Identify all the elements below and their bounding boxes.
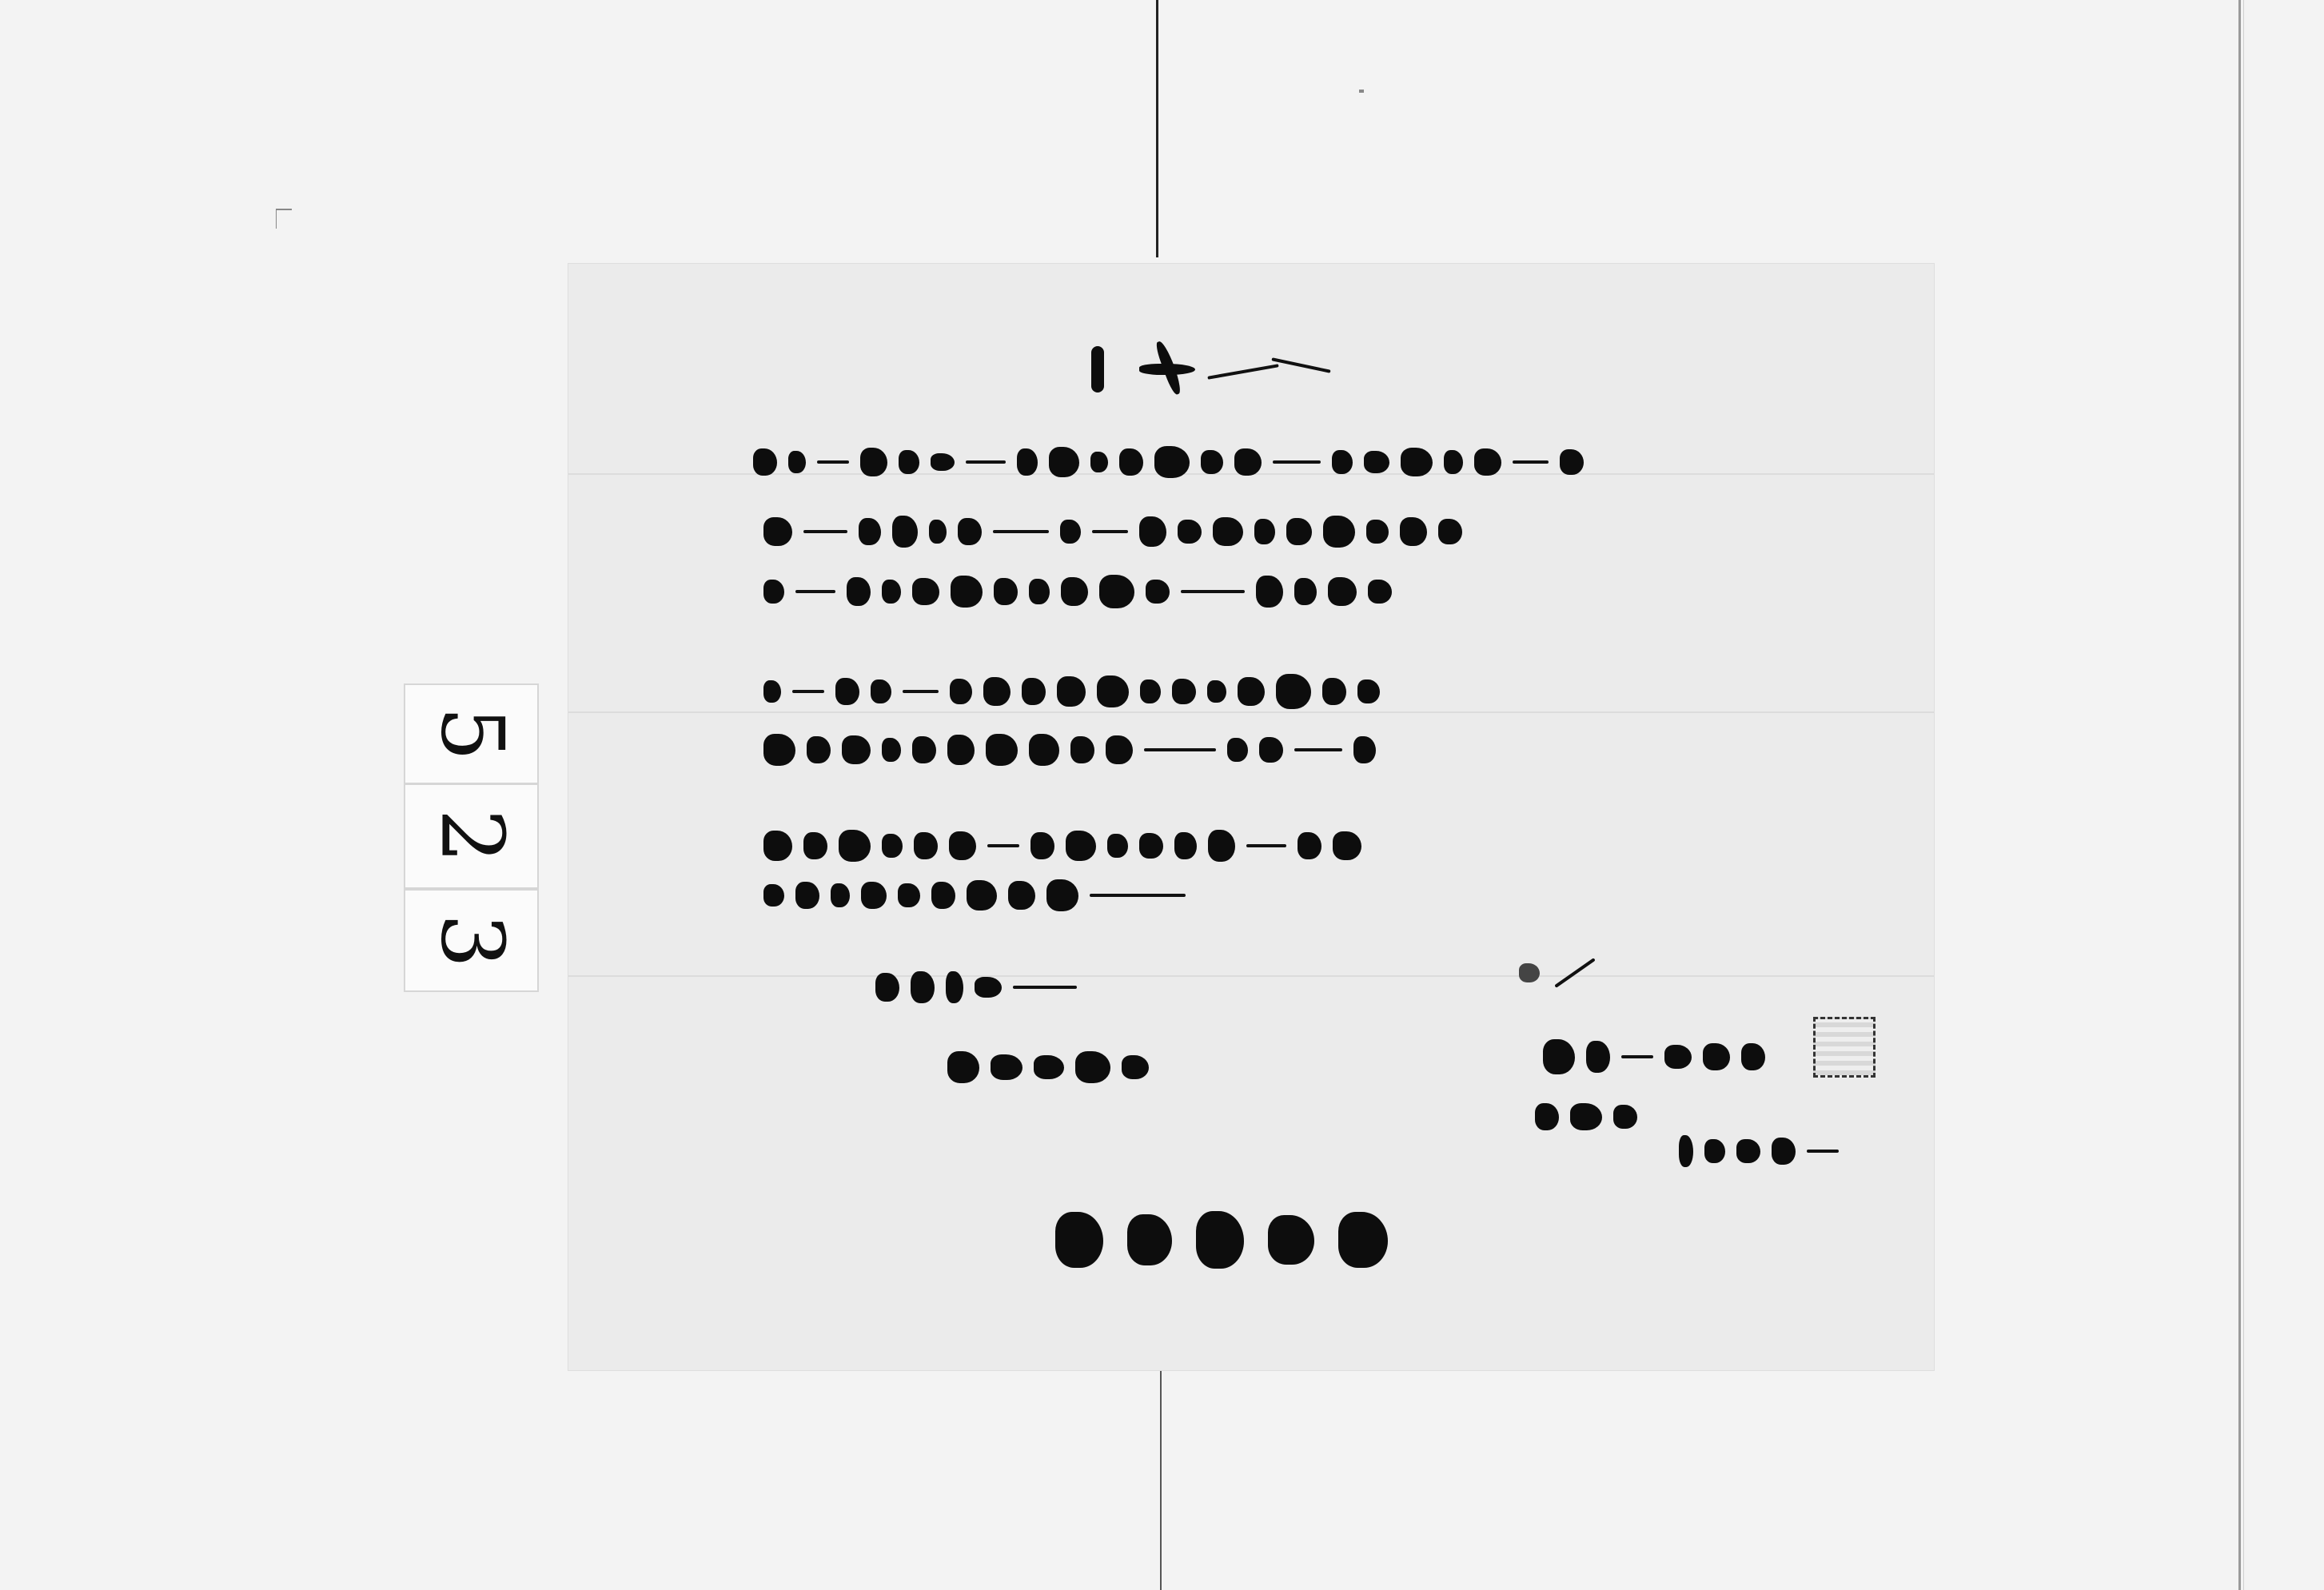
stray-mark (1359, 90, 1364, 93)
body-line-3 (763, 572, 1891, 612)
stray-mark (276, 209, 292, 210)
page-number-digit-5: 5 (404, 683, 539, 784)
seal-stamp (1813, 1017, 1876, 1078)
page-divider-bottom (1160, 1369, 1162, 1590)
body-line-2 (763, 512, 1883, 552)
digit: 3 (429, 913, 515, 968)
signatory-line-2 (1543, 1039, 1765, 1074)
body-line-6 (763, 823, 1871, 867)
signatory-line-3 (1535, 1103, 1637, 1130)
stray-mark (276, 209, 277, 229)
date-line-1 (875, 971, 1077, 1003)
page-divider-top (1156, 0, 1158, 257)
digit: 5 (429, 707, 515, 762)
heading-stroke (1271, 357, 1330, 373)
body-line-5 (763, 727, 1863, 771)
page-number-digit-3: 3 (404, 889, 539, 992)
document-heading: 一札之事 (1091, 340, 1395, 404)
heading-stroke (1207, 364, 1278, 380)
body-line-1 (753, 444, 1887, 480)
binding-line-secondary (2243, 0, 2244, 1590)
digit: 2 (429, 809, 515, 864)
body-line-4 (763, 671, 1887, 711)
signatory-line-1 (1519, 963, 1599, 982)
date-line-2 (947, 1051, 1149, 1083)
addressee-strokes (1055, 1211, 1388, 1269)
body-line-7 (763, 875, 1439, 915)
fold-line (568, 711, 1934, 713)
date-block (875, 963, 1211, 1107)
binding-line (2238, 0, 2241, 1590)
addressee: 御役所 (1055, 1195, 1439, 1283)
signatory-line-4 (1679, 1135, 1839, 1167)
signatory-block (1503, 931, 1855, 1187)
page-number-digit-2: 2 (404, 783, 539, 889)
heading-stroke (1091, 346, 1104, 393)
